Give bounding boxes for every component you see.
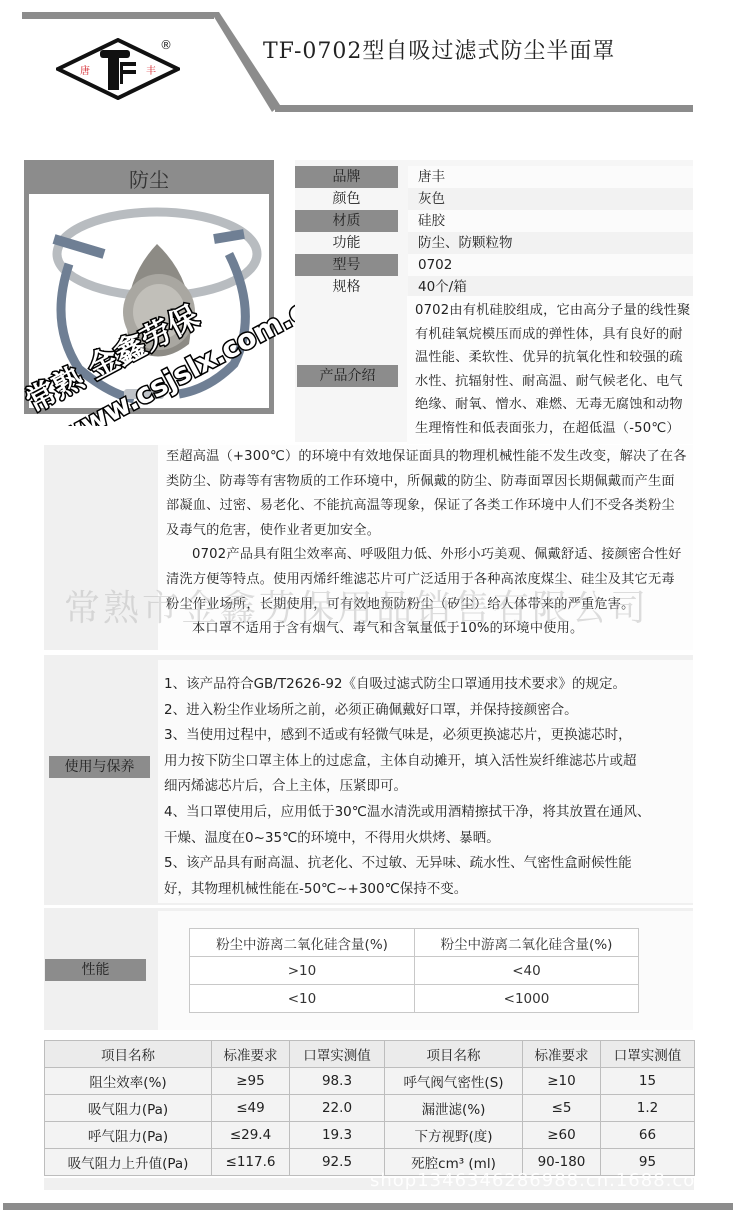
table-cell: 呼气阻力(Pa) [45,1122,212,1149]
performance-table: 粉尘中游离二氧化硅含量(%) 粉尘中游离二氧化硅含量(%) >10 <40 <1… [189,928,639,1013]
intro-line: 部凝血、过密、易老化、不能抗高温等现象，保证了各类工作环境中人们不受各类粉尘 [166,494,693,519]
table-cell: <40 [415,957,639,985]
table-cell: 98.3 [290,1068,385,1095]
intro-line: 类防尘、防毒等有害物质的工作环境中，所佩戴的防尘、防毒面罩因长期佩戴而产生面 [166,470,693,495]
table-cell: 下方视野(度) [385,1122,523,1149]
table-cell: <1000 [415,985,639,1013]
usage-line: 干燥、温度在0~35℃的环境中，不得用火烘烤、暴晒。 [164,826,693,852]
spec-value: 硅胶 [408,210,693,232]
spec-label: 材质 [295,210,398,232]
table-header-cell: 项目名称 [45,1041,212,1068]
table-cell: ≥95 [212,1068,290,1095]
intro-text-box: 0702由有机硅胶组成，它由高分子量的线性聚 有机硅氧烷模压而成的弹性体，具有良… [407,296,693,444]
table-header-cell: 粉尘中游离二氧化硅含量(%) [190,929,415,957]
intro-line: 温性能、柔软性、优异的抗氧化性和较强的疏 [415,346,693,370]
spec-row-model: 型号 0702 [295,254,693,276]
category-title: 防尘 [24,164,274,193]
table-cell: 22.0 [290,1095,385,1122]
table-cell: 呼气阀气密性(S) [385,1068,523,1095]
spec-label: 型号 [295,254,398,276]
spec-value: 0702 [408,254,693,276]
spec-value: 防尘、防颗粒物 [408,232,693,254]
table-row: 吸气阻力(Pa) ≤49 22.0 漏泄滤(%) ≤5 1.2 [45,1095,695,1122]
table-header-cell: 口罩实测值 [601,1041,695,1068]
spec-value: 40个/箱 [408,276,693,298]
spec-row-material: 材质 硅胶 [295,210,693,232]
svg-text:丰: 丰 [146,64,156,77]
table-cell: 吸气阻力上升值(Pa) [45,1149,212,1176]
table-row: 呼气阻力(Pa) ≤29.4 19.3 下方视野(度) ≥60 66 [45,1122,695,1149]
table-cell: ≥60 [523,1122,601,1149]
intro-line: 及毒气的危害，使作业者更加安全。 [166,519,693,544]
performance-label: 性能 [45,959,146,981]
table-cell: 1.2 [601,1095,695,1122]
spec-row-brand: 品牌 唐丰 [295,166,693,188]
table-cell: 阻尘效率(%) [45,1068,212,1095]
intro-line: 0702产品具有阻尘效率高、呼吸阻力低、外形小巧美观、佩戴舒适、接颜密合性好 [166,543,693,568]
table-header-cell: 口罩实测值 [290,1041,385,1068]
table-cell: ≤5 [523,1095,601,1122]
intro-line: 绝缘、耐氧、憎水、难燃、无毒无腐蚀和动物 [415,393,693,417]
table-cell: >10 [190,957,415,985]
table-cell: 15 [601,1068,695,1095]
spec-label: 功能 [295,232,398,254]
test-results-table: 项目名称 标准要求 口罩实测值 项目名称 标准要求 口罩实测值 阻尘效率(%) … [44,1040,695,1176]
table-cell: 19.3 [290,1122,385,1149]
usage-label: 使用与保养 [49,756,150,778]
table-header-cell: 粉尘中游离二氧化硅含量(%) [415,929,639,957]
table-cell: ≤49 [212,1095,290,1122]
shop-watermark: shop1346346286988.cn.1688.com [370,1170,714,1191]
site-watermark: 常熟 金鑫劳保 www.csjslx.com.cn [0,236,330,426]
intro-label: 产品介绍 [297,365,398,387]
table-cell: ≥10 [523,1068,601,1095]
usage-line: 好，其物理机械性能在-50℃~+300℃保持不变。 [164,877,693,903]
spec-label: 规格 [295,276,398,298]
table-header-cell: 标准要求 [523,1041,601,1068]
table-header-cell: 项目名称 [385,1041,523,1068]
table-row: 阻尘效率(%) ≥95 98.3 呼气阀气密性(S) ≥10 15 [45,1068,695,1095]
spec-label: 品牌 [295,166,398,188]
spec-label: 颜色 [295,188,398,210]
table-cell: 漏泄滤(%) [385,1095,523,1122]
svg-text:唐: 唐 [80,64,90,77]
intro-line: 0702由有机硅胶组成，它由高分子量的线性聚 [415,299,693,323]
usage-line: 1、该产品符合GB/T2626-92《自吸过滤式防尘口罩通用技术要求》的规定。 [164,672,693,698]
table-cell: ≤117.6 [212,1149,290,1176]
usage-line: 5、该产品具有耐高温、抗老化、不过敏、无异味、疏水性、气密性盒耐候性能 [164,851,693,877]
table-header-row: 粉尘中游离二氧化硅含量(%) 粉尘中游离二氧化硅含量(%) [190,929,639,957]
table-cell: 吸气阻力(Pa) [45,1095,212,1122]
usage-line: 2、进入粉尘作业场所之前，必须正确佩戴好口罩，并保持接颜密合。 [164,698,693,724]
spec-row-spec: 规格 40个/箱 [295,276,693,298]
intro-line: 生理惰性和低表面张力，在超低温（-50℃） [415,417,693,441]
table-cell: <10 [190,985,415,1013]
table-header-row: 项目名称 标准要求 口罩实测值 项目名称 标准要求 口罩实测值 [45,1041,695,1068]
intro-line: 有机硅氧烷模压而成的弹性体，具有良好的耐 [415,323,693,347]
table-row: <10 <1000 [190,985,639,1013]
page-title: TF-0702型自吸过滤式防尘半面罩 [263,34,615,65]
footer-divider [3,1203,733,1210]
header-divider-bottom [275,105,693,112]
spec-value: 唐丰 [408,166,693,188]
table-cell: 66 [601,1122,695,1149]
usage-line: 3、当使用过程中，感到不适或有轻微气味是，必须更换滤芯片，更换滤芯时， [164,723,693,749]
spec-row-color: 颜色 灰色 [295,188,693,210]
company-watermark: 常熟市金鑫劳保用品销售有限公司 [64,580,649,631]
usage-line: 用力按下防尘口罩主体上的过虑盒，主体自动摊开，填入活性炭纤维滤芯片或超 [164,749,693,775]
usage-line: 细丙烯滤芯片后，合上主体，压紧即可。 [164,774,693,800]
intro-line: 至超高温（+300℃）的环境中有效地保证面具的物理机械性能不发生改变，解决了在各 [166,445,693,470]
usage-text-box: 1、该产品符合GB/T2626-92《自吸过滤式防尘口罩通用技术要求》的规定。 … [158,660,693,903]
spec-value: 灰色 [408,188,693,210]
table-cell: ≤29.4 [212,1122,290,1149]
table-header-cell: 标准要求 [212,1041,290,1068]
registered-mark: ® [160,38,172,52]
spec-row-function: 功能 防尘、防颗粒物 [295,232,693,254]
usage-line: 4、当口罩使用后，应用低于30℃温水清洗或用酒精擦拭干净，将其放置在通风、 [164,800,693,826]
intro-line: 水性、抗辐射性、耐高温、耐气候老化、电气 [415,370,693,394]
table-row: >10 <40 [190,957,639,985]
